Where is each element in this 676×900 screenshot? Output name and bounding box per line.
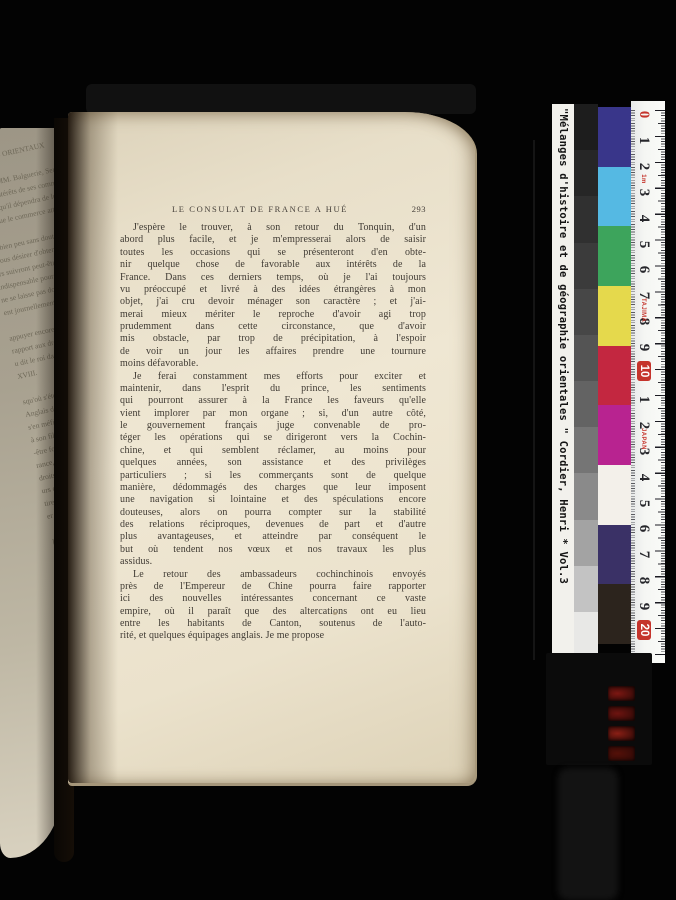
body-line: près de l'Empereur de Chine pourra faire… xyxy=(120,581,426,593)
body-line: rité, et quelques équipages anglais. Je … xyxy=(120,630,426,642)
body-line: une navigation si lointaine et des spécu… xyxy=(120,494,426,506)
gray-step xyxy=(574,566,598,612)
ruler-annotation: JAPAN xyxy=(639,428,647,448)
body-line: téger les opérations qui se dirigeront v… xyxy=(120,432,426,444)
cradle-edge xyxy=(86,84,476,114)
ruler-number: 1 xyxy=(634,388,652,410)
body-line: Le retour des ambassadeurs cochinchinois… xyxy=(120,569,426,581)
page-number: 293 xyxy=(412,204,426,214)
gray-step xyxy=(574,289,598,335)
body-line: ici des nouvelles intéressantes concerna… xyxy=(120,593,426,605)
color-patch-dark-blue xyxy=(598,107,631,167)
calibration-label-text: "Mélanges d'histoire et de géographie or… xyxy=(552,104,574,660)
body-line: objet, j'ai cru devoir ménager son carac… xyxy=(120,296,426,308)
ruler-number: 6 xyxy=(634,517,652,539)
body-line: mis obstacle, par trop de précipitation,… xyxy=(120,333,426,345)
body-line: abord plus facile, et je m'empresserai a… xyxy=(120,234,426,246)
body-line: maintenir, dans l'esprit du prince, les … xyxy=(120,383,426,395)
body-line: vu préoccupé et livré à des idées étrang… xyxy=(120,284,426,296)
cradle-line xyxy=(533,140,535,660)
gray-step xyxy=(574,381,598,427)
color-patch-dark-violet xyxy=(598,525,631,585)
ruler-annotation: TAJIMA xyxy=(639,298,647,318)
photo-stage: LANGES ORIENTAUX rce de MM. Balguerie, S… xyxy=(0,0,676,900)
color-patch-cyan xyxy=(598,167,631,227)
color-patch-green xyxy=(598,226,631,286)
led-cell xyxy=(608,686,635,701)
ruler-number: 1 xyxy=(634,129,652,151)
ruler-number: 7 xyxy=(634,543,652,565)
body-line: but où tendent nos vœux et nos travaux l… xyxy=(120,544,426,556)
gray-step xyxy=(574,612,598,658)
grayscale-strip xyxy=(574,104,598,658)
ruler-number: 10 xyxy=(637,361,651,381)
color-patch-crimson xyxy=(598,346,631,406)
paragraph: Je ferai constamment mes efforts pour ex… xyxy=(120,371,426,569)
gray-step xyxy=(574,150,598,196)
ruler-annotation: 1m xyxy=(639,169,647,189)
gray-step xyxy=(574,196,598,242)
ruler-number: 8 xyxy=(634,569,652,591)
color-patch-strip xyxy=(598,107,631,644)
ruler-number: 5 xyxy=(634,233,652,255)
calibration-label: "Mélanges d'histoire et de géographie or… xyxy=(552,104,574,660)
body-line: moins défavorable. xyxy=(120,358,426,370)
led-panel xyxy=(546,653,652,765)
gray-step xyxy=(574,335,598,381)
color-patch-white xyxy=(598,465,631,525)
strap-silhouette xyxy=(558,768,618,900)
body-line: qui pourront assurer à la France les fav… xyxy=(120,395,426,407)
ruler-number: 20 xyxy=(637,620,651,640)
body-line: J'espère le trouver, à son retour du Ton… xyxy=(120,222,426,234)
body-line: vient implorer par mon organe ; si, d'un… xyxy=(120,408,426,420)
ruler: 012345678910123456789201mTAJIMAJAPAN xyxy=(631,101,665,663)
body-line: manière, dédommagés des charges que leur… xyxy=(120,482,426,494)
running-title: LE CONSULAT DE FRANCE A HUÉ xyxy=(120,204,426,214)
gray-step xyxy=(574,520,598,566)
body-line: France. Dans ces derniers temps, où je l… xyxy=(120,272,426,284)
ruler-number: 5 xyxy=(634,492,652,514)
color-patch-magenta xyxy=(598,405,631,465)
body-line: douteuses, alors on pourra compter sur l… xyxy=(120,507,426,519)
body-line: prudemment dans cette circonstance, que … xyxy=(120,321,426,333)
ruler-number: 9 xyxy=(634,595,652,617)
page-stain xyxy=(333,612,337,615)
body-text: J'espère le trouver, à son retour du Ton… xyxy=(120,222,426,643)
page-header: LE CONSULAT DE FRANCE A HUÉ 293 xyxy=(120,204,426,218)
body-line: assidus. xyxy=(120,556,426,568)
paragraph: J'espère le trouver, à son retour du Ton… xyxy=(120,222,426,371)
paragraph: Le retour des ambassadeurs cochinchinois… xyxy=(120,569,426,643)
body-line: merai mieux mériter le reproche d'avoir … xyxy=(120,309,426,321)
body-line: entre les habitants de Canton, soutenus … xyxy=(120,618,426,630)
ruler-number: 4 xyxy=(634,207,652,229)
color-patch-dark-brown xyxy=(598,584,631,644)
ruler-number: 6 xyxy=(634,258,652,280)
body-line: quelques années, son assistance et des p… xyxy=(120,457,426,469)
gray-step xyxy=(574,427,598,473)
body-line: empire, où il paraît que des altercation… xyxy=(120,606,426,618)
body-line: particuliers ; si les commerçants sont d… xyxy=(120,470,426,482)
body-line: nir quelque chose de favorable aux intér… xyxy=(120,259,426,271)
book-page: LE CONSULAT DE FRANCE A HUÉ 293 J'espère… xyxy=(68,112,477,786)
ruler-number: 0 xyxy=(634,103,652,125)
ruler-number: 9 xyxy=(634,336,652,358)
ruler-marks: 012345678910123456789201mTAJIMAJAPAN xyxy=(631,101,665,663)
color-patch-yellow xyxy=(598,286,631,346)
gutter-shadow xyxy=(68,112,118,783)
led-cell xyxy=(608,706,635,721)
body-line: de voir un jour les affaires prendre une… xyxy=(120,346,426,358)
body-line: des relations réciproques, devenues de p… xyxy=(120,519,426,531)
gray-step xyxy=(574,473,598,519)
ruler-number: 4 xyxy=(634,466,652,488)
gray-step xyxy=(574,243,598,289)
body-line: toutes les occasions qui se présenteront… xyxy=(120,247,426,259)
body-line: Je ferai constamment mes efforts pour ex… xyxy=(120,371,426,383)
body-line: plus avantageuses, et atteindre par cons… xyxy=(120,531,426,543)
led-cell xyxy=(608,726,635,741)
gray-step xyxy=(574,104,598,150)
led-cell xyxy=(608,746,635,761)
led-display xyxy=(608,686,635,766)
body-line: chine, et qui semblent réclamer, au moin… xyxy=(120,445,426,457)
body-line: le gouvernement français juge convenable… xyxy=(120,420,426,432)
left-page: LANGES ORIENTAUX rce de MM. Balguerie, S… xyxy=(0,128,62,858)
